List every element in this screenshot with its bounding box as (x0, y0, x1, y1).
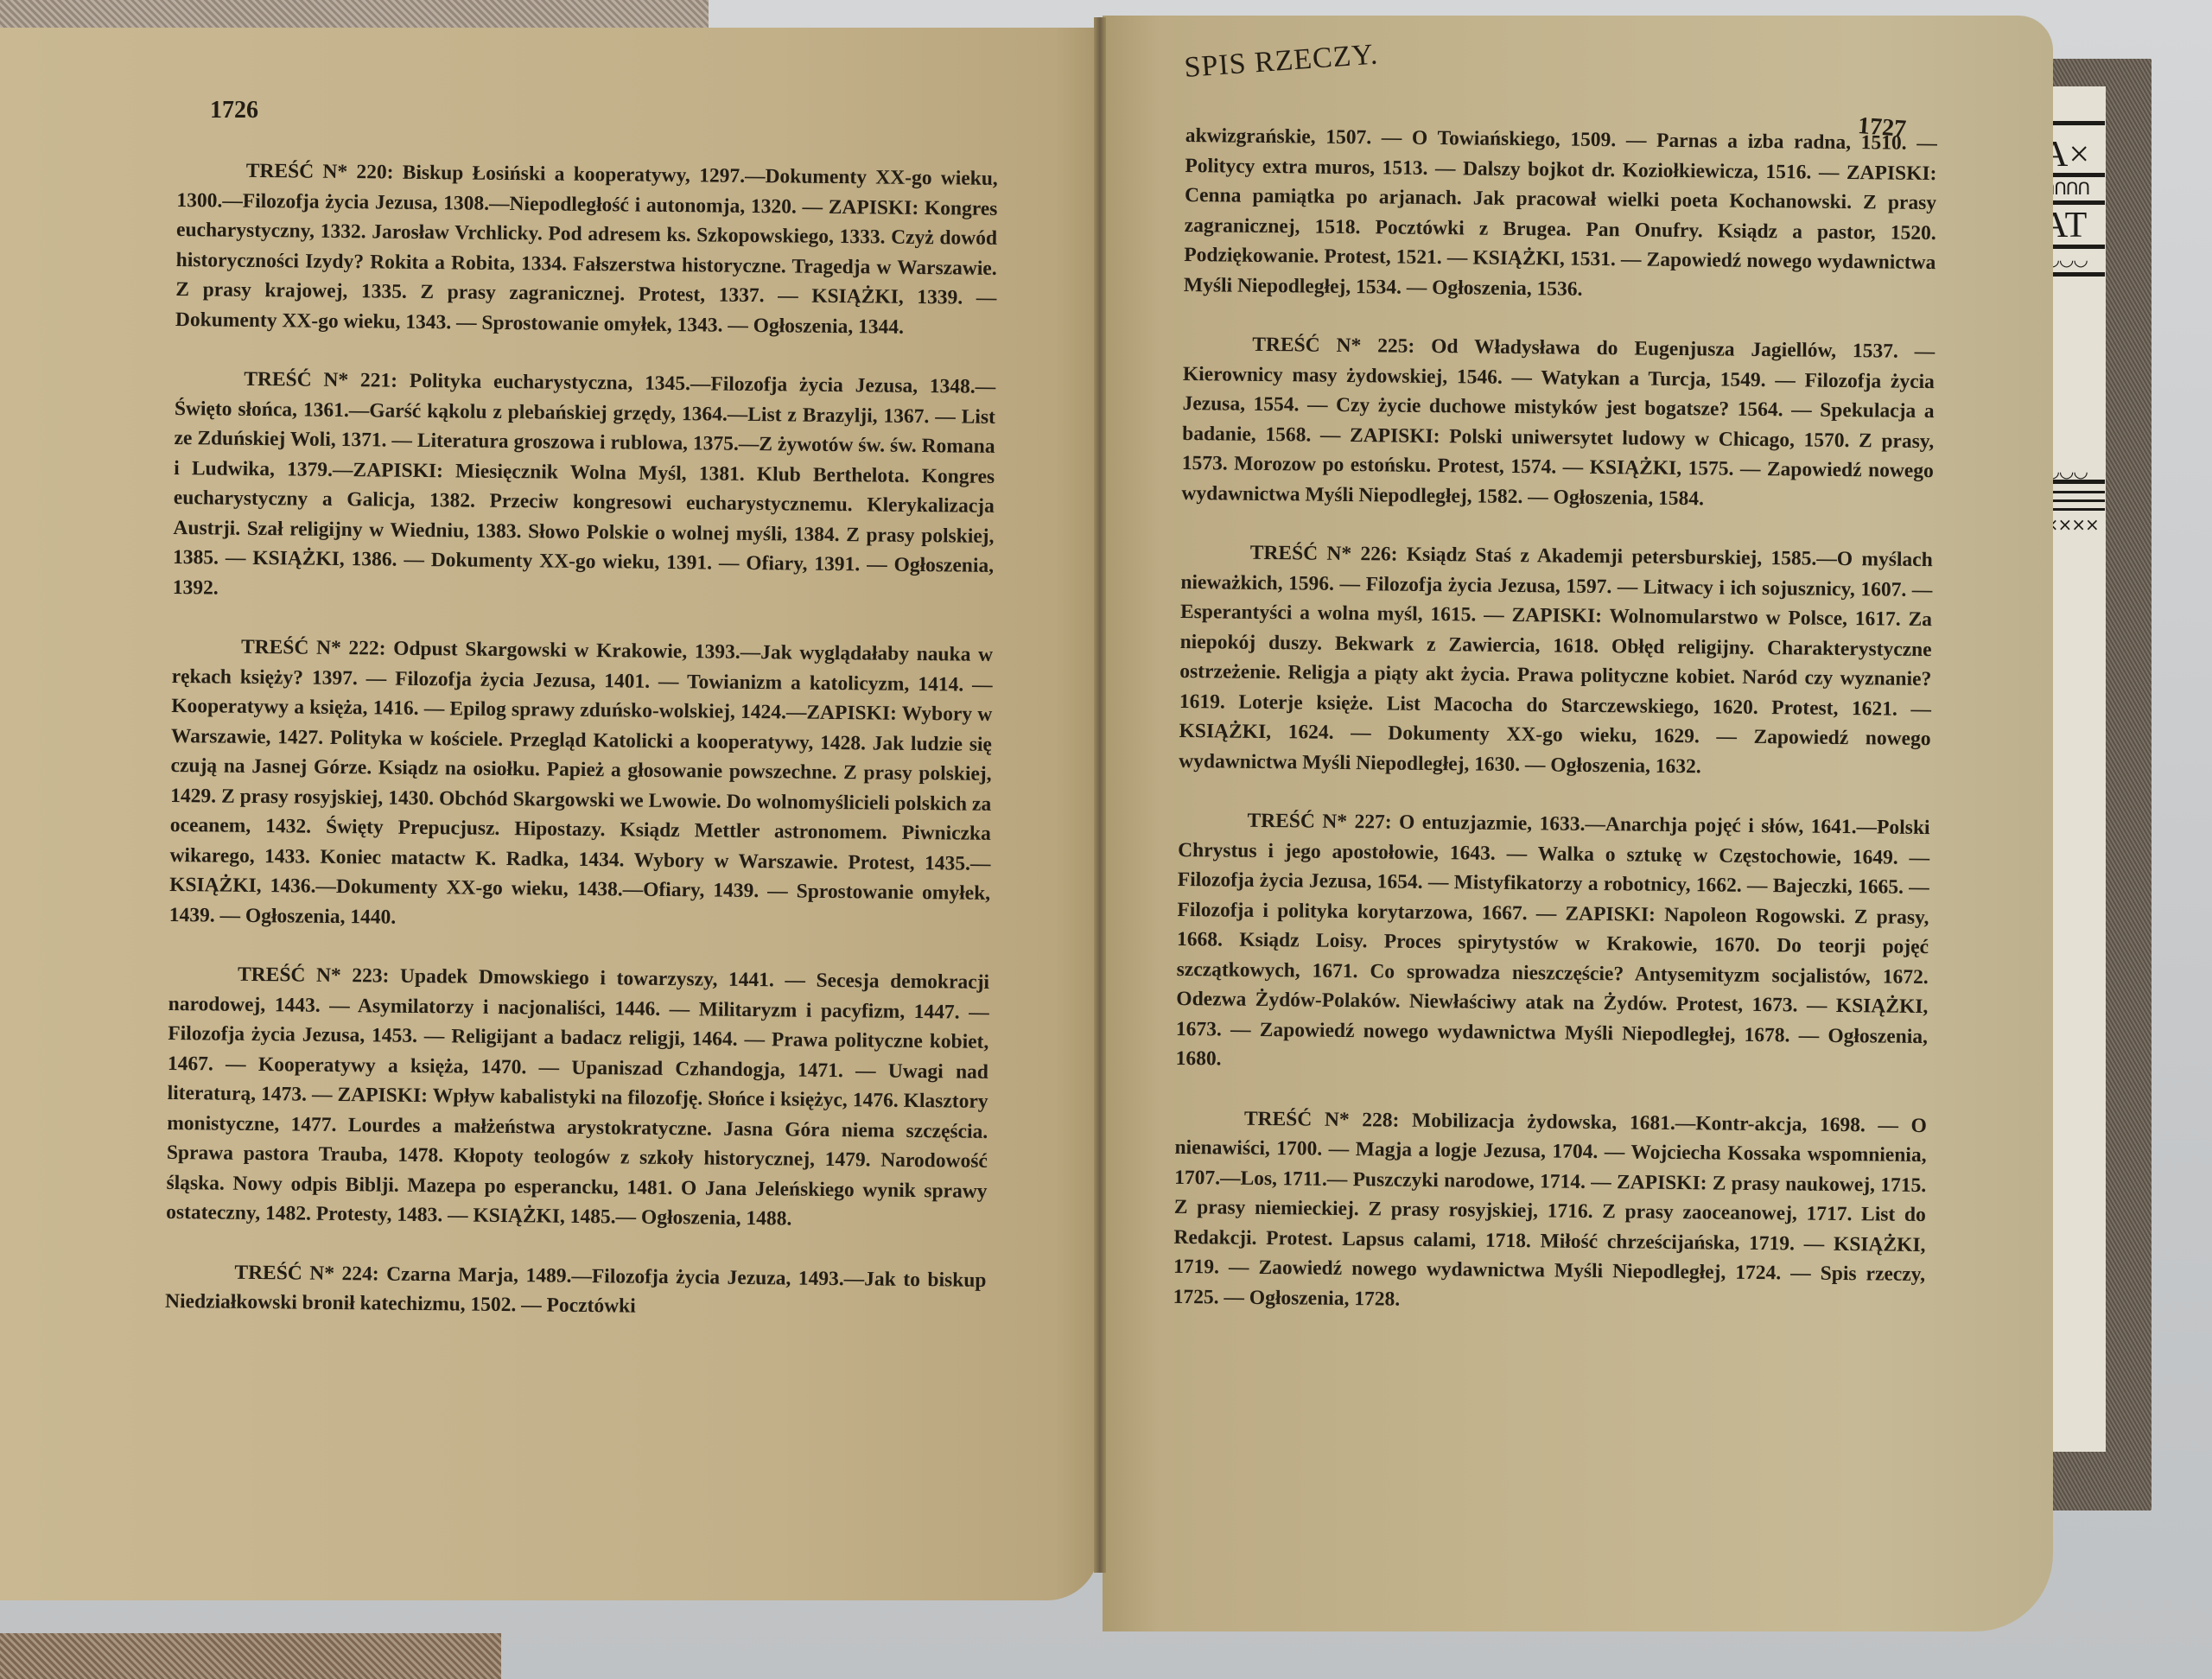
contents-entry-224: TREŚĆ N* 224: Czarna Marja, 1489.—Filozo… (165, 1256, 987, 1325)
entry-text: Od Władysława do Eugenjusza Jagiellów, 1… (1181, 335, 1935, 510)
contents-entry-223: TREŚĆ N* 223: Upadek Dmowskiego i towarz… (166, 959, 989, 1236)
entry-text: Biskup Łosiński a kooperatywy, 1297.—Dok… (175, 162, 998, 339)
entry-text: Polityka eucharystyczna, 1345.—Filozofja… (173, 370, 996, 599)
entry-label: TREŚĆ N* 228: (1244, 1107, 1400, 1131)
entry-text: Ksiądz Staś z Akademji petersburskiej, 1… (1179, 544, 1933, 778)
left-page-number: 1726 (210, 97, 258, 124)
contents-continuation: akwizgrańskie, 1507. — O Towiańskiego, 1… (1184, 121, 1937, 308)
entry-label: TREŚĆ N* 225: (1252, 334, 1414, 358)
contents-entry-225: TREŚĆ N* 225: Od Władysława do Eugenjusz… (1181, 329, 1935, 516)
entry-label: TREŚĆ N* 222: (241, 636, 386, 660)
entry-text: Upadek Dmowskiego i towarzyszy, 1441. — … (166, 965, 989, 1231)
entry-label: TREŚĆ N* 227: (1247, 810, 1391, 834)
book-gutter (1094, 17, 1106, 1573)
entry-text: O entuzjazmie, 1633.—Anarchja pojęć i sł… (1176, 811, 1930, 1071)
entry-label: TREŚĆ N* 221: (244, 368, 397, 392)
entry-label: TREŚĆ N* 226: (1250, 542, 1398, 566)
contents-entry-227: TREŚĆ N* 227: O entuzjazmie, 1633.—Anarc… (1175, 805, 1929, 1082)
contents-entry-221: TREŚĆ N* 221: Polityka eucharystyczna, 1… (173, 364, 996, 611)
contents-entry-228: TREŚĆ N* 228: Mobilizacja żydowska, 1681… (1173, 1103, 1927, 1320)
left-page-text: TREŚĆ N* 220: Biskup Łosiński a kooperat… (165, 156, 998, 1354)
entry-label: TREŚĆ N* 223: (238, 964, 390, 988)
entry-text: Odpust Skargowski w Krakowie, 1393.—Jak … (169, 638, 993, 929)
contents-entry-220: TREŚĆ N* 220: Biskup Łosiński a kooperat… (175, 156, 998, 343)
entry-label: TREŚĆ N* 220: (246, 160, 394, 184)
entry-text: Mobilizacja żydowska, 1681.—Kontr-akcja,… (1173, 1109, 1927, 1310)
contents-entry-222: TREŚĆ N* 222: Odpust Skargowski w Krakow… (169, 632, 994, 938)
contents-entry-226: TREŚĆ N* 226: Ksiądz Staś z Akademji pet… (1179, 537, 1933, 784)
right-page-text: akwizgrańskie, 1507. — O Towiańskiego, 1… (1173, 121, 1937, 1349)
entry-label: TREŚĆ N* 224: (234, 1261, 379, 1285)
fabric-background-bottom (0, 1633, 501, 1679)
